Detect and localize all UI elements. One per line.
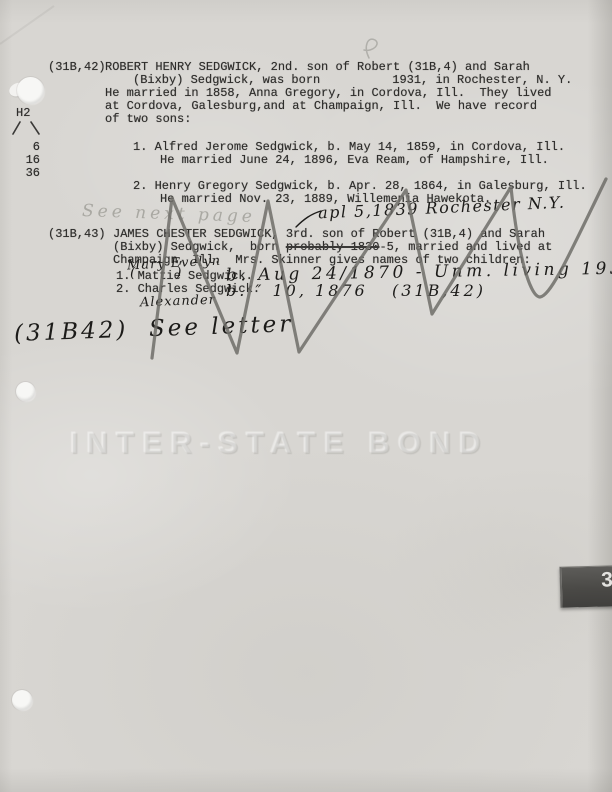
margin-number: 36 — [14, 167, 40, 180]
ink-paren-close: ) — [176, 265, 181, 281]
paper-watermark: INTER-STATE BOND — [70, 427, 550, 461]
section1-child1-line: He married June 24, 1896, Eva Ream, of H… — [160, 154, 549, 167]
ink-note-see-letter: (31B42) See letter — [14, 311, 294, 347]
punch-hole-top — [17, 77, 44, 104]
ink-paren-open: ( — [130, 265, 135, 281]
tab-page-number: 3 — [601, 568, 612, 592]
punch-hole-middle — [16, 382, 35, 401]
margin-code: H2 — [16, 107, 30, 120]
section2-id: (31B,43) — [48, 228, 106, 241]
section2-line2-post: -5, married and lived at — [379, 240, 552, 254]
pencil-scribble — [364, 39, 377, 58]
paper-crease — [0, 6, 54, 44]
section1-id: (31B,42) — [48, 61, 106, 74]
punch-hole-bottom — [12, 690, 32, 710]
section2-line2-pre: (Bixby) Sedgwick, born — [113, 240, 286, 254]
document-page: H2 6 16 36 (31B,42) ROBERT HENRY SEDGWIC… — [0, 0, 612, 792]
section1-line: of two sons: — [105, 113, 191, 126]
ink-note-child2-birth: b. ″ 10, 1876 (31B,42) — [226, 281, 486, 300]
pencil-marks-overlay — [0, 0, 612, 792]
index-tab: 3 — [559, 565, 612, 607]
margin-check-marks — [13, 122, 39, 134]
ink-note-alexander: Alexander — [140, 293, 216, 311]
section2-struck-text: probably 1830 — [286, 240, 380, 254]
